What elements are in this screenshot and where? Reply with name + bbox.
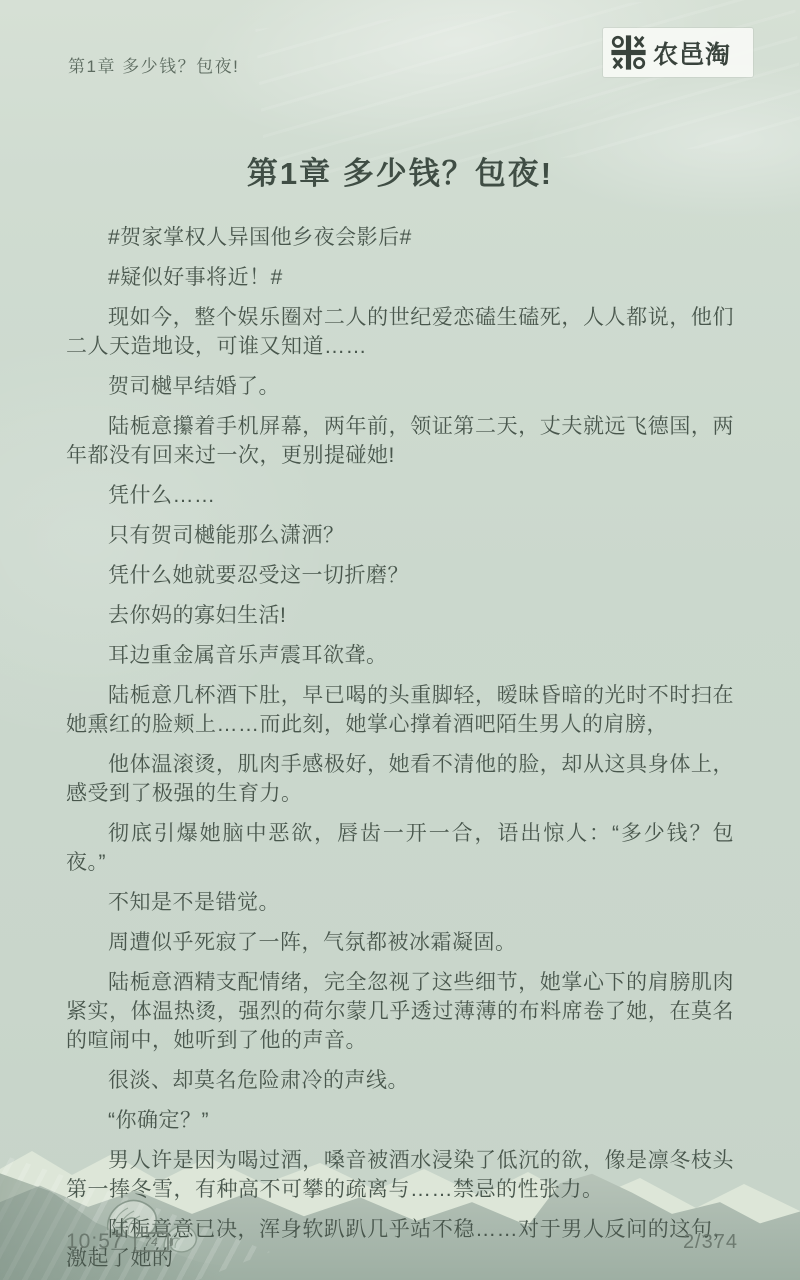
battery-percent-label: 74 <box>144 1235 157 1249</box>
brand-name-label: 农邑淘 <box>653 35 731 71</box>
paragraph: #疑似好事将近！# <box>66 263 734 292</box>
paragraph: 陆栀意几杯酒下肚，早已喝的头重脚轻，暧昧昏暗的光时不时扫在她熏红的脸颊上……而此… <box>66 681 734 739</box>
paragraph: 去你妈的寡妇生活! <box>66 601 734 630</box>
paragraph: 他体温滚烫，肌肉手感极好，她看不清他的脸，却从这具身体上，感受到了极强的生育力。 <box>66 750 734 808</box>
paragraph: 凭什么她就要忍受这一切折磨？ <box>66 561 734 590</box>
chapter-paragraphs: #贺家掌权人异国他乡夜会影后##疑似好事将近！#现如今，整个娱乐圈对二人的世纪爱… <box>66 223 734 1273</box>
clock: 10:57 <box>66 1230 124 1254</box>
chapter-breadcrumb: 第1章 多少钱？包夜! <box>68 52 239 77</box>
paragraph: 凭什么…… <box>66 481 734 510</box>
status-bar: 10:57 74 2/374 <box>66 1230 738 1254</box>
paragraph: 不知是不是错觉。 <box>66 888 734 917</box>
brand-mi-icon <box>610 34 647 71</box>
paragraph: 现如今，整个娱乐圈对二人的世纪爱恋磕生磕死，人人都说，他们二人天造地设，可谁又知… <box>66 303 734 361</box>
battery-icon: 74 <box>134 1232 169 1252</box>
paragraph: 贺司樾早结婚了。 <box>66 372 734 401</box>
brand-logo-badge[interactable]: 农邑淘 <box>603 28 753 77</box>
paragraph: 只有贺司樾能那么潇洒？ <box>66 521 734 550</box>
reader-page[interactable]: 第1章 多少钱？包夜! 农邑淘 第1章 多少钱？包夜! #贺家掌权人异国他乡夜会… <box>0 0 800 1280</box>
paragraph: “你确定？” <box>66 1106 734 1135</box>
chapter-title: 第1章 多少钱？包夜! <box>66 148 734 193</box>
chapter-content[interactable]: 第1章 多少钱？包夜! #贺家掌权人异国他乡夜会影后##疑似好事将近！#现如今，… <box>66 148 734 1280</box>
status-left: 10:57 74 <box>66 1230 169 1254</box>
paragraph: #贺家掌权人异国他乡夜会影后# <box>66 223 734 252</box>
paragraph: 很淡、却莫名危险肃冷的声线。 <box>66 1066 734 1095</box>
paragraph: 男人许是因为喝过酒，嗓音被酒水浸染了低沉的欲，像是凛冬枝头第一捧冬雪，有种高不可… <box>66 1146 734 1204</box>
paragraph: 彻底引爆她脑中恶欲，唇齿一开一合，语出惊人：“多少钱？包夜。” <box>66 819 734 877</box>
paragraph: 陆栀意攥着手机屏幕，两年前，领证第二天，丈夫就远飞德国，两年都没有回来过一次，更… <box>66 412 734 470</box>
paragraph: 周遭似乎死寂了一阵，气氛都被冰霜凝固。 <box>66 928 734 957</box>
paragraph: 陆栀意酒精支配情绪，完全忽视了这些细节，她掌心下的肩膀肌肉紧实，体温热烫，强烈的… <box>66 968 734 1055</box>
page-indicator: 2/374 <box>683 1231 738 1254</box>
battery-nub <box>170 1238 173 1246</box>
paragraph: 耳边重金属音乐声震耳欲聋。 <box>66 641 734 670</box>
